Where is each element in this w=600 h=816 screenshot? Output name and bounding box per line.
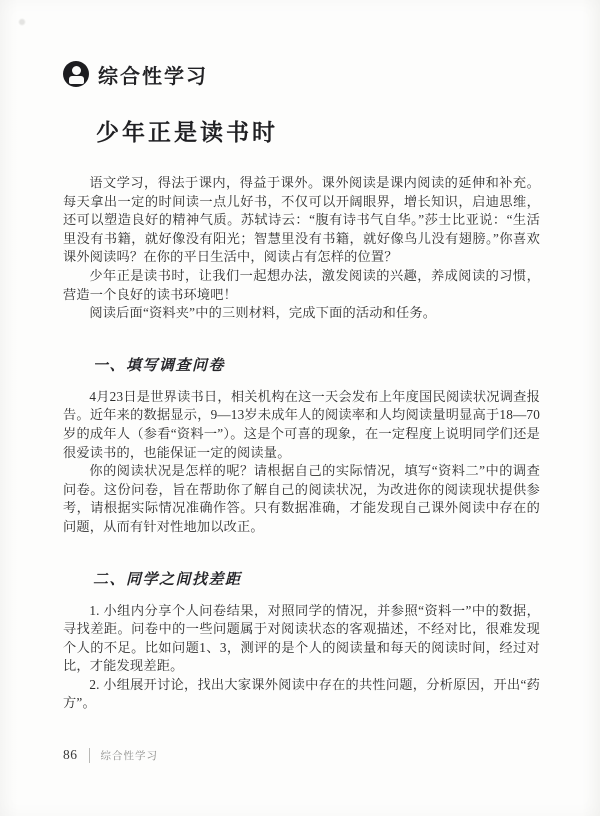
intro-paragraph-2: 少年正是读书时，让我们一起想办法，激发阅读的兴趣，养成阅读的习惯，营造一个良好的… <box>63 267 540 304</box>
intro-paragraph-3: 阅读后面“资料夹”中的三则材料，完成下面的活动和任务。 <box>63 304 540 323</box>
textbook-page: 综合性学习 少年正是读书时 语文学习，得法于课内，得益于课外。课外阅读是课内阅读… <box>0 0 600 816</box>
footer-divider <box>89 748 90 763</box>
person-icon-torso <box>69 76 84 84</box>
section-body-survey: 4月23日是世界读书日，相关机构在这一天会发布上年度国民阅读状况调查报告。近年来… <box>63 388 540 537</box>
page-number: 86 <box>63 747 78 763</box>
section-heading-survey: 一、填写调查问卷 <box>93 354 540 375</box>
section1-paragraph-2: 你的阅读状况是怎样的呢？请根据自己的实际情况，填写“资料二”中的调查问卷。这份问… <box>63 462 540 536</box>
section-heading-compare: 二、同学之间找差距 <box>93 568 540 589</box>
page-footer: 86 综合性学习 <box>63 747 158 763</box>
section-body-compare: 1. 小组内分享个人问卷结果，对照同学的情况，并参照“资料一”中的数据，寻找差距… <box>63 602 540 714</box>
footer-unit-label: 综合性学习 <box>101 748 159 763</box>
unit-label: 综合性学习 <box>98 60 208 89</box>
person-icon-head <box>72 66 81 75</box>
unit-header: 综合性学习 <box>63 60 540 88</box>
intro-block: 语文学习，得法于课内，得益于课外。课外阅读是课内阅读的延伸和补充。每天拿出一定的… <box>63 174 540 323</box>
section1-paragraph-1: 4月23日是世界读书日，相关机构在这一天会发布上年度国民阅读状况调查报告。近年来… <box>63 388 540 462</box>
page-title: 少年正是读书时 <box>96 114 540 147</box>
section2-paragraph-1: 1. 小组内分享个人问卷结果，对照同学的情况，并参照“资料一”中的数据，寻找差距… <box>63 602 540 676</box>
intro-paragraph-1: 语文学习，得法于课内，得益于课外。课外阅读是课内阅读的延伸和补充。每天拿出一定的… <box>63 174 540 267</box>
section2-paragraph-2: 2. 小组展开讨论，找出大家课外阅读中存在的共性问题，分析原因，开出“药方”。 <box>63 676 540 713</box>
person-icon <box>63 61 89 87</box>
